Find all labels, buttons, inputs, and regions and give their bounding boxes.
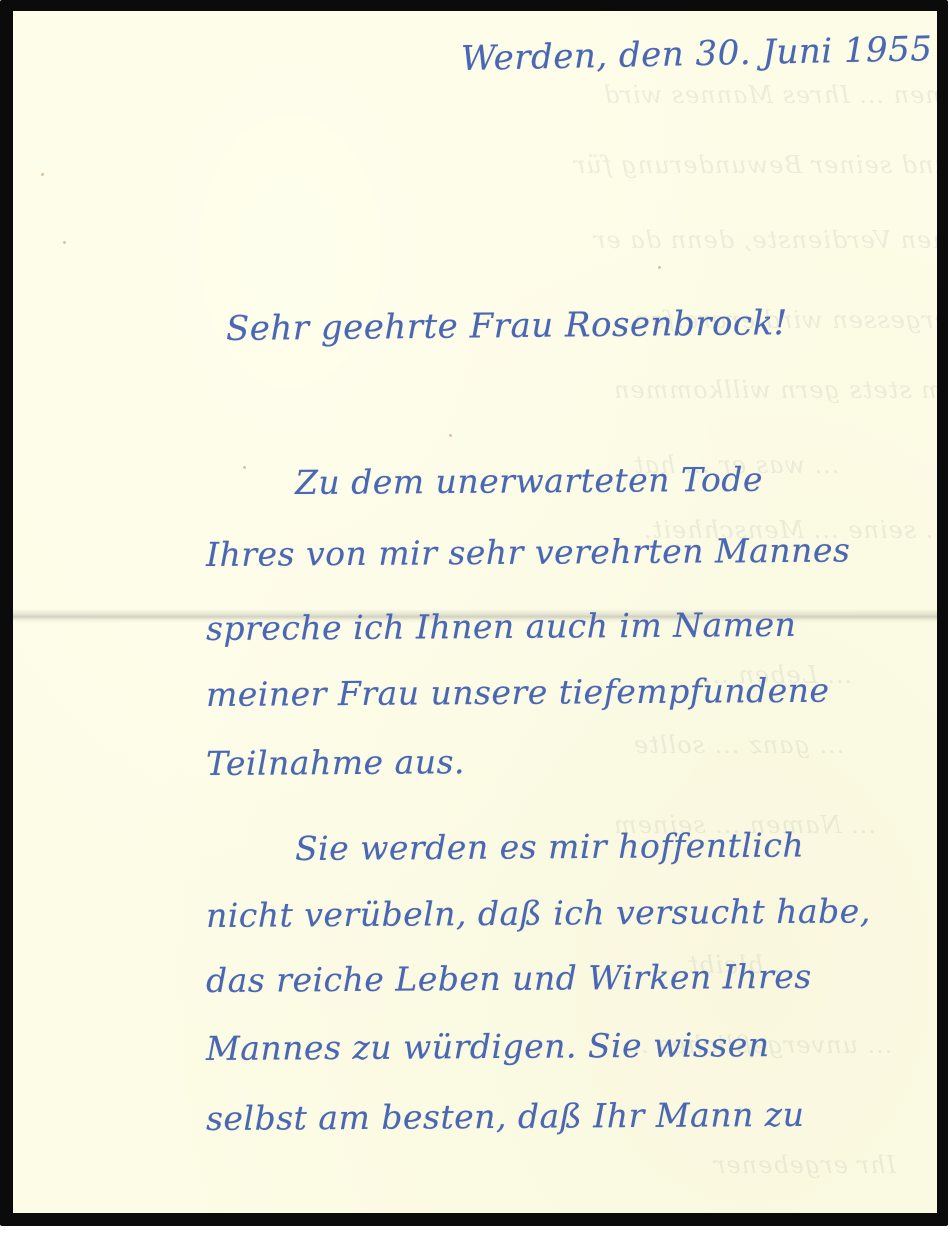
bleed-line: seine hohen Verdienste, denn da er bbox=[593, 226, 937, 254]
letter-line: meiner Frau unsere tiefempfundene bbox=[206, 671, 830, 714]
letter-line: Ihres von mir sehr verehrten Mannes bbox=[206, 531, 851, 574]
letter-place-date: Werden, den 30. Juni 1955 bbox=[461, 29, 933, 79]
paper-speck bbox=[63, 241, 66, 244]
letter-salutation: Sehr geehrte Frau Rosenbrock! bbox=[226, 303, 788, 349]
bleed-line: ... ihm stets gern willkommen bbox=[613, 376, 937, 404]
bleed-line: Ihr ergebener bbox=[713, 1151, 896, 1179]
bleed-line: und seiner Bewunderung für bbox=[573, 151, 937, 179]
letter-line: Zu dem unerwarteten Tode bbox=[295, 460, 763, 502]
bleed-line: Namen ... Ihres Mannes wird bbox=[603, 81, 937, 109]
letter-line: nicht verübeln, daß ich versucht habe, bbox=[206, 891, 871, 935]
letter-line: Sie werden es mir hoffentlich bbox=[295, 825, 804, 868]
paper-speck bbox=[243, 466, 246, 469]
letter-line: Teilnahme aus. bbox=[206, 742, 465, 783]
letter-line: spreche ich Ihnen auch im Namen bbox=[206, 605, 797, 648]
paper-speck bbox=[658, 266, 661, 269]
bleed-line: ... ganz ... sollte bbox=[633, 731, 844, 759]
letter-line: Mannes zu würdigen. Sie wissen bbox=[206, 1025, 770, 1068]
letter-line: das reiche Leben und Wirken Ihres bbox=[206, 957, 812, 1000]
letter-line: selbst am besten, daß Ihr Mann zu bbox=[206, 1095, 805, 1138]
paper-speck bbox=[449, 434, 452, 437]
paper-speck bbox=[41, 173, 44, 176]
letter-page: Namen ... Ihres Mannes wird und seiner B… bbox=[13, 11, 937, 1213]
